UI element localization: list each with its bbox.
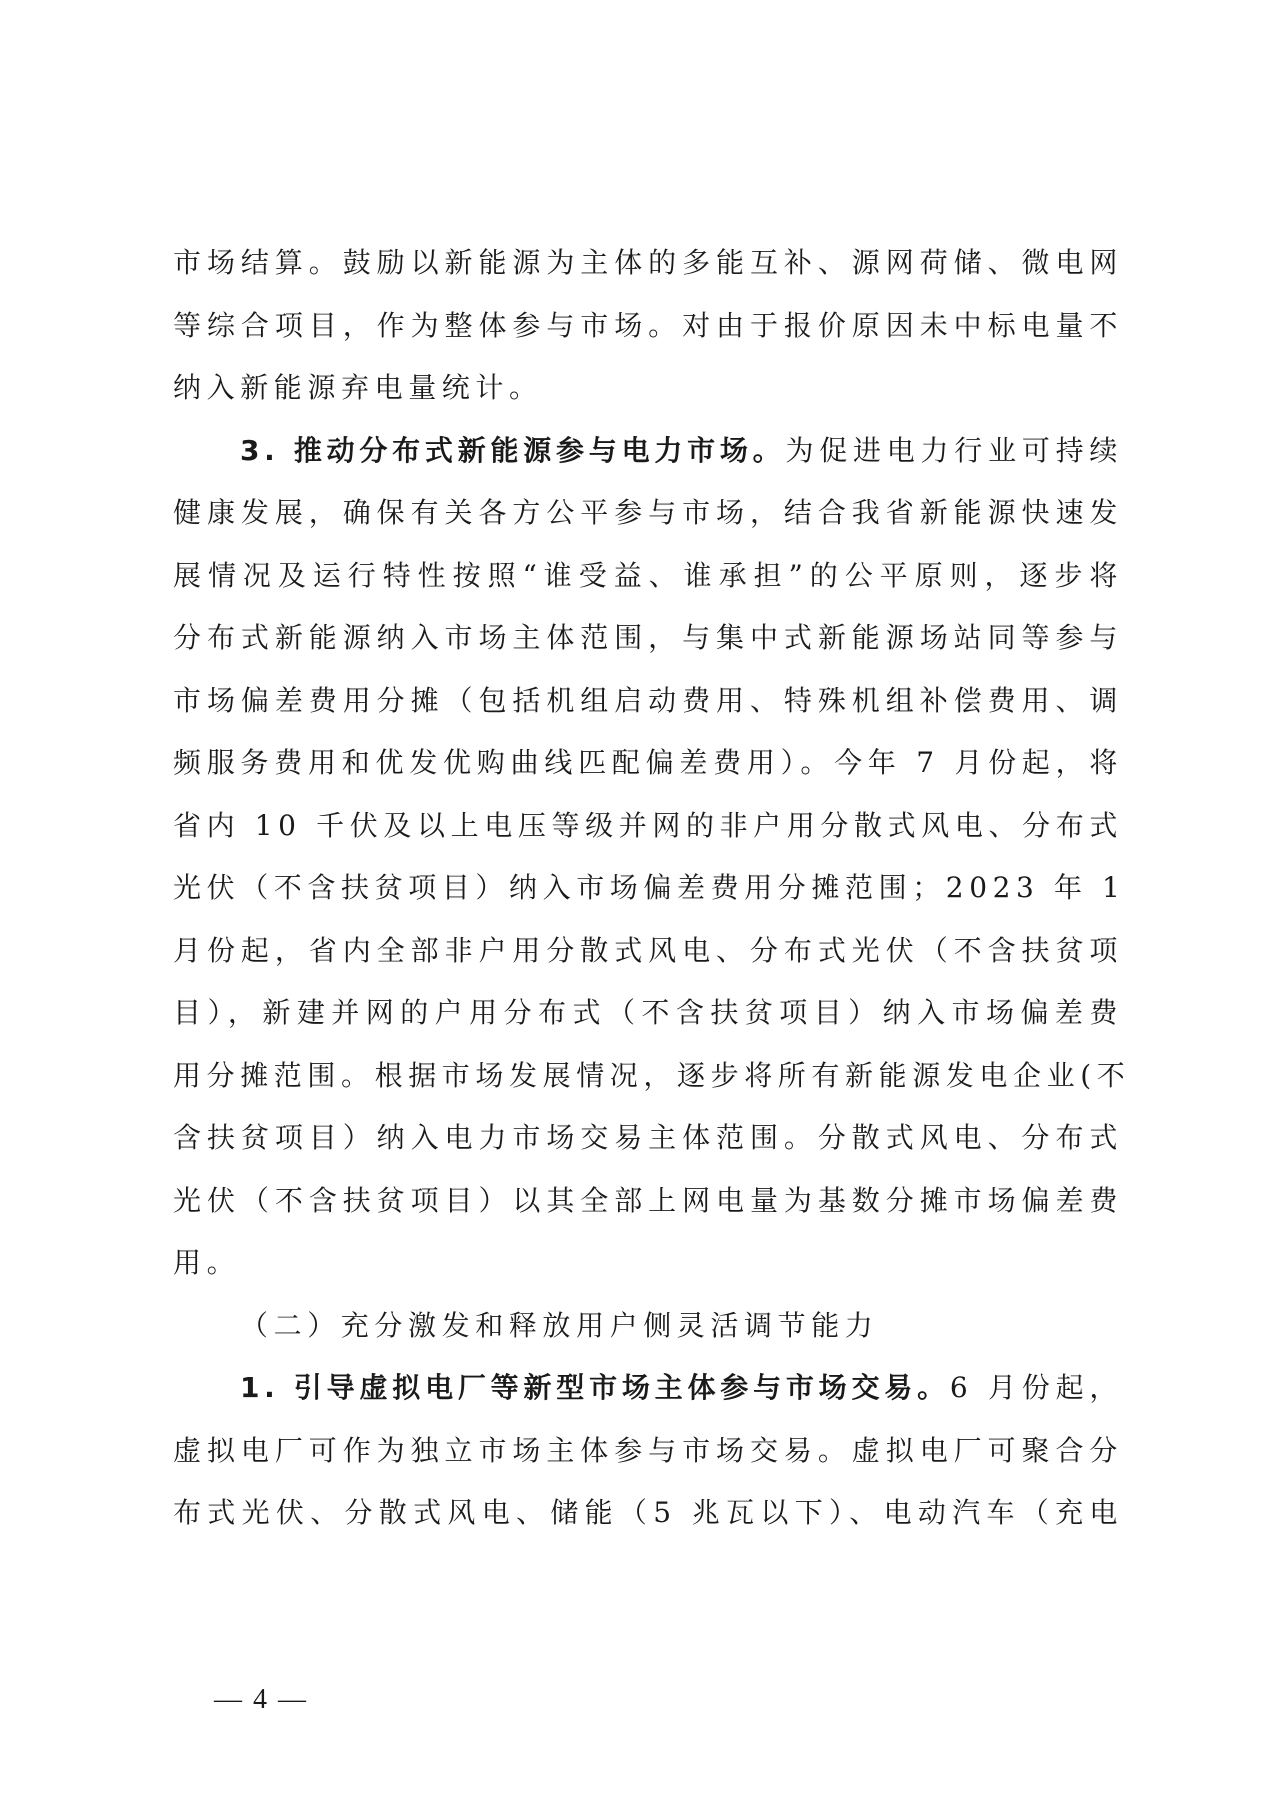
line-text: 用分摊范围。根据市场发展情况，逐步将所有新能源发电企业(不: [173, 1059, 1130, 1092]
line-text: 虚拟电厂可作为独立市场主体参与市场交易。虚拟电厂可聚合分: [173, 1434, 1123, 1467]
text-line: 光伏（不含扶贫项目）纳入市场偏差费用分摊范围；2023 年 1: [173, 857, 1123, 920]
text-line: 市场偏差费用分摊（包括机组启动费用、特殊机组补偿费用、调: [173, 670, 1123, 733]
line-text: 月份起，省内全部非户用分散式风电、分布式光伏（不含扶贫项: [173, 934, 1123, 967]
text-line: 健康发展，确保有关各方公平参与市场，结合我省新能源快速发: [173, 482, 1123, 545]
text-line: 含扶贫项目）纳入电力市场交易主体范围。分散式风电、分布式: [173, 1107, 1123, 1170]
line-text: 目），新建并网的户用分布式（不含扶贫项目）纳入市场偏差费: [173, 996, 1123, 1029]
line-text: 光伏（不含扶贫项目）以其全部上网电量为基数分摊市场偏差费: [173, 1184, 1123, 1217]
text-line: 市场结算。鼓励以新能源为主体的多能互补、源网荷储、微电网: [173, 232, 1123, 295]
document-page: 市场结算。鼓励以新能源为主体的多能互补、源网荷储、微电网 等综合项目，作为整体参…: [0, 0, 1280, 1810]
line-text: 健康发展，确保有关各方公平参与市场，结合我省新能源快速发: [173, 496, 1123, 529]
bold-heading-text: 1. 引导虚拟电厂等新型市场主体参与市场交易。: [240, 1371, 950, 1404]
line-text: 分布式新能源纳入市场主体范围，与集中式新能源场站同等参与: [173, 621, 1123, 654]
page-number: — 4 —: [214, 1680, 308, 1720]
line-text: 等综合项目，作为整体参与市场。对由于报价原因未中标电量不: [173, 309, 1123, 342]
body-text: 市场结算。鼓励以新能源为主体的多能互补、源网荷储、微电网 等综合项目，作为整体参…: [173, 232, 1123, 1545]
text-line: 月份起，省内全部非户用分散式风电、分布式光伏（不含扶贫项: [173, 920, 1123, 983]
section-heading-3: 3. 推动分布式新能源参与电力市场。为促进电力行业可持续: [173, 420, 1123, 483]
line-text: 用。: [173, 1246, 240, 1279]
text-line: 光伏（不含扶贫项目）以其全部上网电量为基数分摊市场偏差费: [173, 1170, 1123, 1233]
text-line: 等综合项目，作为整体参与市场。对由于报价原因未中标电量不: [173, 295, 1123, 358]
line-text: 市场结算。鼓励以新能源为主体的多能互补、源网荷储、微电网: [173, 246, 1123, 279]
text-line: 目），新建并网的户用分布式（不含扶贫项目）纳入市场偏差费: [173, 982, 1123, 1045]
text-line: 布式光伏、分散式风电、储能（5 兆瓦以下）、电动汽车（充电: [173, 1482, 1123, 1545]
text-line: 分布式新能源纳入市场主体范围，与集中式新能源场站同等参与: [173, 607, 1123, 670]
text-line: 用分摊范围。根据市场发展情况，逐步将所有新能源发电企业(不: [173, 1045, 1123, 1108]
line-text: 6 月份起，: [950, 1371, 1123, 1404]
line-text: 市场偏差费用分摊（包括机组启动费用、特殊机组补偿费用、调: [173, 684, 1123, 717]
bold-heading-text: 3. 推动分布式新能源参与电力市场。: [240, 434, 785, 467]
text-line: 展情况及运行特性按照“谁受益、谁承担”的公平原则，逐步将: [173, 545, 1123, 608]
text-line: 频服务费用和优发优购曲线匹配偏差费用）。今年 7 月份起，将: [173, 732, 1123, 795]
section-heading-2: （二）充分激发和释放用户侧灵活调节能力: [173, 1295, 1123, 1358]
line-text: 频服务费用和优发优购曲线匹配偏差费用）。今年 7 月份起，将: [173, 746, 1123, 779]
text-line: 用。: [173, 1232, 1123, 1295]
line-text: 含扶贫项目）纳入电力市场交易主体范围。分散式风电、分布式: [173, 1121, 1123, 1154]
line-text: 光伏（不含扶贫项目）纳入市场偏差费用分摊范围；2023 年 1: [173, 871, 1125, 904]
line-text: 布式光伏、分散式风电、储能（5 兆瓦以下）、电动汽车（充电: [173, 1496, 1123, 1529]
text-line: 虚拟电厂可作为独立市场主体参与市场交易。虚拟电厂可聚合分: [173, 1420, 1123, 1483]
line-text: 省内 10 千伏及以上电压等级并网的非户用分散式风电、分布式: [173, 809, 1123, 842]
line-text: 纳入新能源弃电量统计。: [173, 371, 543, 404]
line-text: 展情况及运行特性按照“谁受益、谁承担”的公平原则，逐步将: [173, 559, 1123, 592]
heading-text: （二）充分激发和释放用户侧灵活调节能力: [240, 1309, 878, 1342]
text-line: 省内 10 千伏及以上电压等级并网的非户用分散式风电、分布式: [173, 795, 1123, 858]
text-line: 纳入新能源弃电量统计。: [173, 357, 1123, 420]
line-text: 为促进电力行业可持续: [785, 434, 1123, 467]
section-heading-1: 1. 引导虚拟电厂等新型市场主体参与市场交易。6 月份起，: [173, 1357, 1123, 1420]
